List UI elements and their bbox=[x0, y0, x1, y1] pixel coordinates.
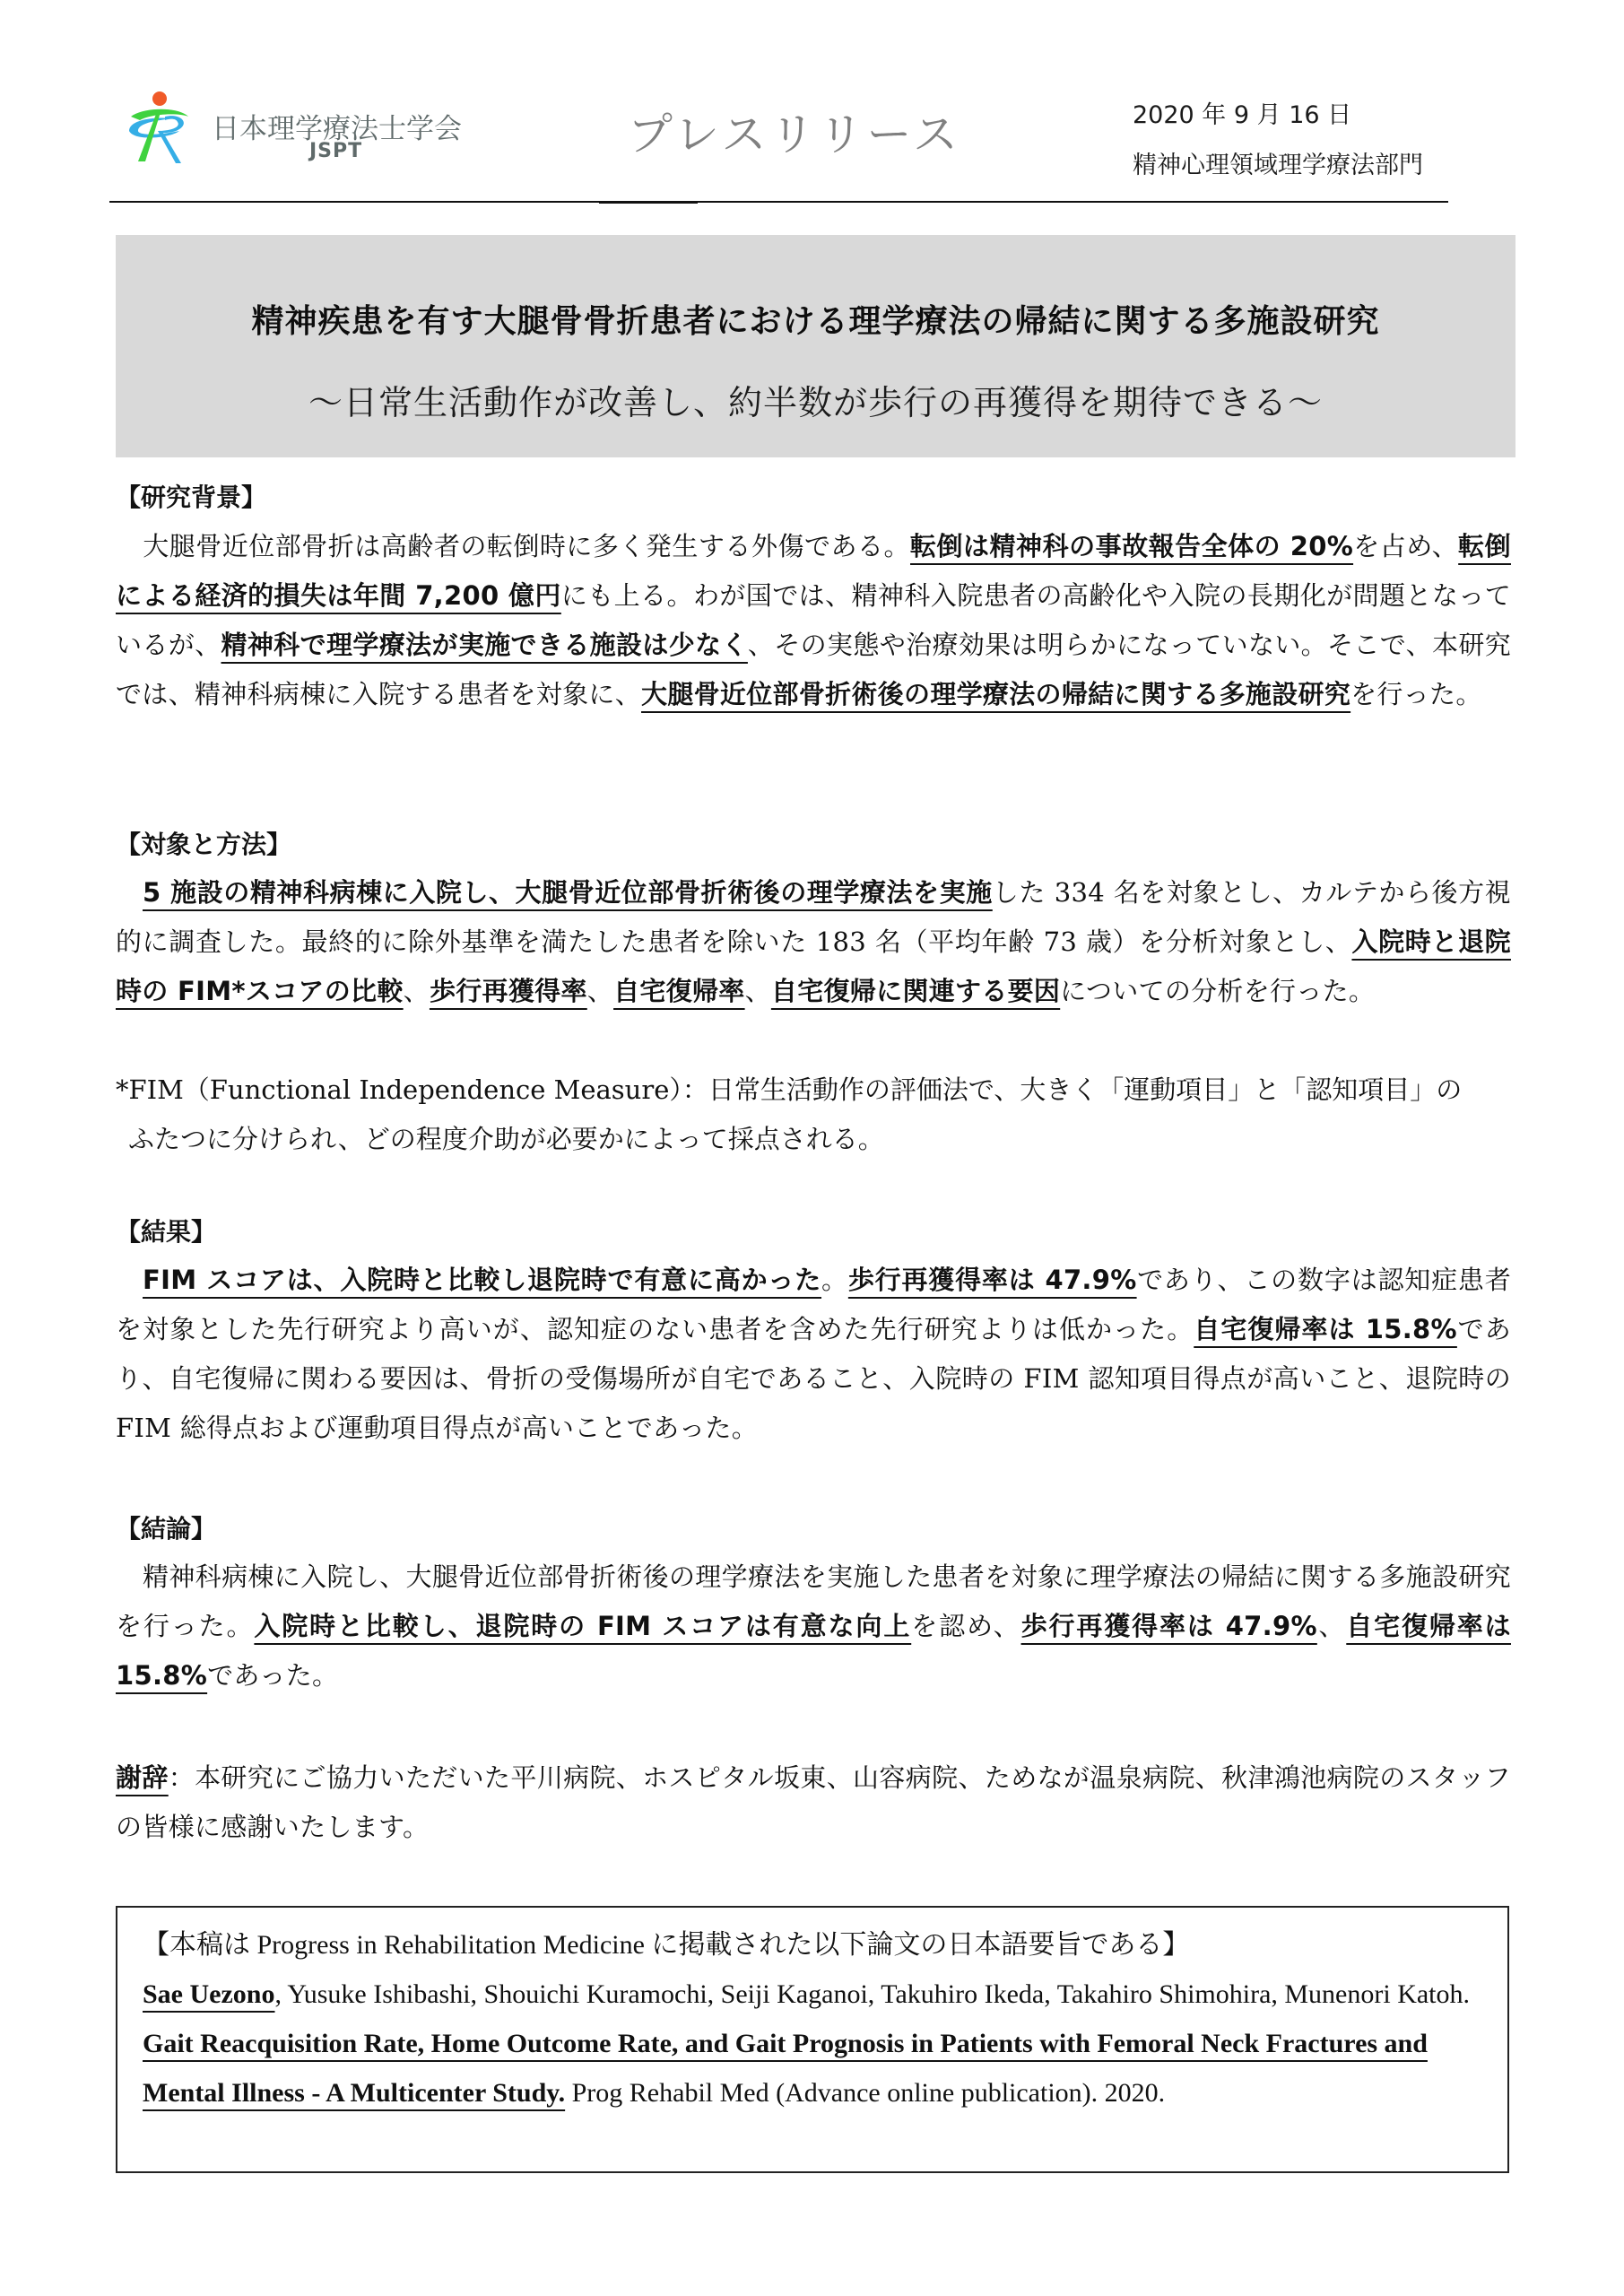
fim-footnote-line-1: *FIM（Functional Independence Measure）：日常… bbox=[116, 1065, 1511, 1115]
other-authors: , Yusuke Ishibashi, Shouichi Kuramochi, … bbox=[274, 1979, 1470, 2009]
title-box: 精神疾患を有す大腿骨骨折患者における理学療法の帰結に関する多施設研究 ～日常生活… bbox=[116, 235, 1515, 457]
text-segment: 大腿骨近位部骨折は高齢者の転倒時に多く発生する外傷である。 bbox=[143, 531, 910, 561]
citation-text: 【本稿は Progress in Rehabilitation Medicine… bbox=[143, 1920, 1482, 2118]
emphasis-segment: 入院時と比較し、退院時の FIM スコアは有意な向上 bbox=[254, 1611, 911, 1641]
citation-reference: Sae Uezono, Yusuke Ishibashi, Shouichi K… bbox=[143, 1970, 1482, 2118]
text-segment: を行った。 bbox=[1350, 679, 1482, 709]
paragraph-conclusion: 精神科病棟に入院し、大腿骨近位部骨折術後の理学療法を実施した患者を対象に理学療法… bbox=[116, 1552, 1511, 1700]
emphasis-segment: 歩行再獲得率は 47.9% bbox=[848, 1265, 1137, 1295]
text-segment: 、 bbox=[1317, 1611, 1346, 1641]
jspt-figure-icon bbox=[126, 90, 194, 165]
emphasis-segment: 5 施設の精神科病棟に入院し、大腿骨近位部骨折術後の理学療法を実施 bbox=[143, 877, 993, 908]
text-segment: についての分析を行った。 bbox=[1060, 976, 1375, 1006]
section-heading-methods: 【対象と方法】 bbox=[116, 825, 291, 861]
emphasis-segment: 精神科で理学療法が実施できる施設は少なく bbox=[221, 630, 747, 660]
emphasis-segment: 転倒は精神科の事故報告全体の 20% bbox=[910, 531, 1353, 561]
text-segment: 、 bbox=[587, 976, 613, 1006]
emphasis-segment: 歩行再獲得率は 47.9% bbox=[1021, 1611, 1317, 1641]
org-abbr: JSPT bbox=[309, 140, 362, 162]
text-segment: 。 bbox=[821, 1265, 848, 1295]
section-heading-conclusion: 【結論】 bbox=[116, 1509, 216, 1545]
page-subtitle: ～日常生活動作が改善し、約半数が歩行の再獲得を期待できる～ bbox=[116, 375, 1515, 424]
emphasis-segment: FIM スコアは、入院時と比較し退院時で有意に高かった bbox=[143, 1265, 821, 1295]
emphasis-segment: 大腿骨近位部骨折術後の理学療法の帰結に関する多施設研究 bbox=[641, 679, 1350, 709]
emphasis-segment: 歩行再獲得率 bbox=[430, 976, 587, 1006]
first-author: Sae Uezono bbox=[143, 1979, 274, 2009]
paragraph-results: FIM スコアは、入院時と比較し退院時で有意に高かった。歩行再獲得率は 47.9… bbox=[116, 1256, 1511, 1453]
journal-info: Prog Rehabil Med (Advance online publica… bbox=[565, 2078, 1165, 2108]
paragraph-background: 大腿骨近位部骨折は高齢者の転倒時に多く発生する外傷である。転倒は精神科の事故報告… bbox=[116, 522, 1511, 719]
text-segment: 、 bbox=[745, 976, 771, 1006]
acknowledgment-label: 謝辞 bbox=[116, 1762, 169, 1793]
acknowledgment: 謝辞：本研究にご協力いただいた平川病院、ホスピタル坂東、山容病院、ためなが温泉病… bbox=[116, 1753, 1511, 1852]
jspt-logo: 日本理学療法士学会 JSPT bbox=[126, 90, 466, 165]
text-segment: 、 bbox=[404, 976, 430, 1006]
header-divider-accent bbox=[599, 201, 698, 204]
fim-footnote: *FIM（Functional Independence Measure）：日常… bbox=[116, 1065, 1511, 1164]
paragraph-methods: 5 施設の精神科病棟に入院し、大腿骨近位部骨折術後の理学療法を実施した 334 … bbox=[116, 868, 1511, 1016]
acknowledgment-text: ：本研究にご協力いただいた平川病院、ホスピタル坂東、山容病院、ためなが温泉病院、… bbox=[116, 1762, 1511, 1842]
section-heading-background: 【研究背景】 bbox=[116, 478, 266, 514]
department: 精神心理領域理学療法部門 bbox=[1133, 145, 1423, 180]
emphasis-segment: 自宅復帰率は 15.8% bbox=[1194, 1314, 1457, 1344]
fim-footnote-line-2: ふたつに分けられ、どの程度介助が必要かによって採点される。 bbox=[116, 1115, 1511, 1164]
header-divider bbox=[109, 201, 1448, 203]
page-title: 精神疾患を有す大腿骨骨折患者における理学療法の帰結に関する多施設研究 bbox=[116, 296, 1515, 342]
emphasis-segment: 自宅復帰率 bbox=[613, 976, 745, 1006]
text-segment: であった。 bbox=[207, 1660, 338, 1691]
doc-type-label: プレスリリース bbox=[628, 99, 951, 163]
section-heading-results: 【結果】 bbox=[116, 1213, 216, 1248]
citation-intro: 【本稿は Progress in Rehabilitation Medicine… bbox=[143, 1920, 1482, 1970]
release-date: 2020 年 9 月 16 日 bbox=[1133, 95, 1351, 130]
emphasis-segment: 自宅復帰に関連する要因 bbox=[771, 976, 1060, 1006]
citation-box: 【本稿は Progress in Rehabilitation Medicine… bbox=[116, 1906, 1509, 2173]
text-segment: を占め、 bbox=[1353, 531, 1458, 561]
text-segment: を認め、 bbox=[911, 1611, 1020, 1641]
